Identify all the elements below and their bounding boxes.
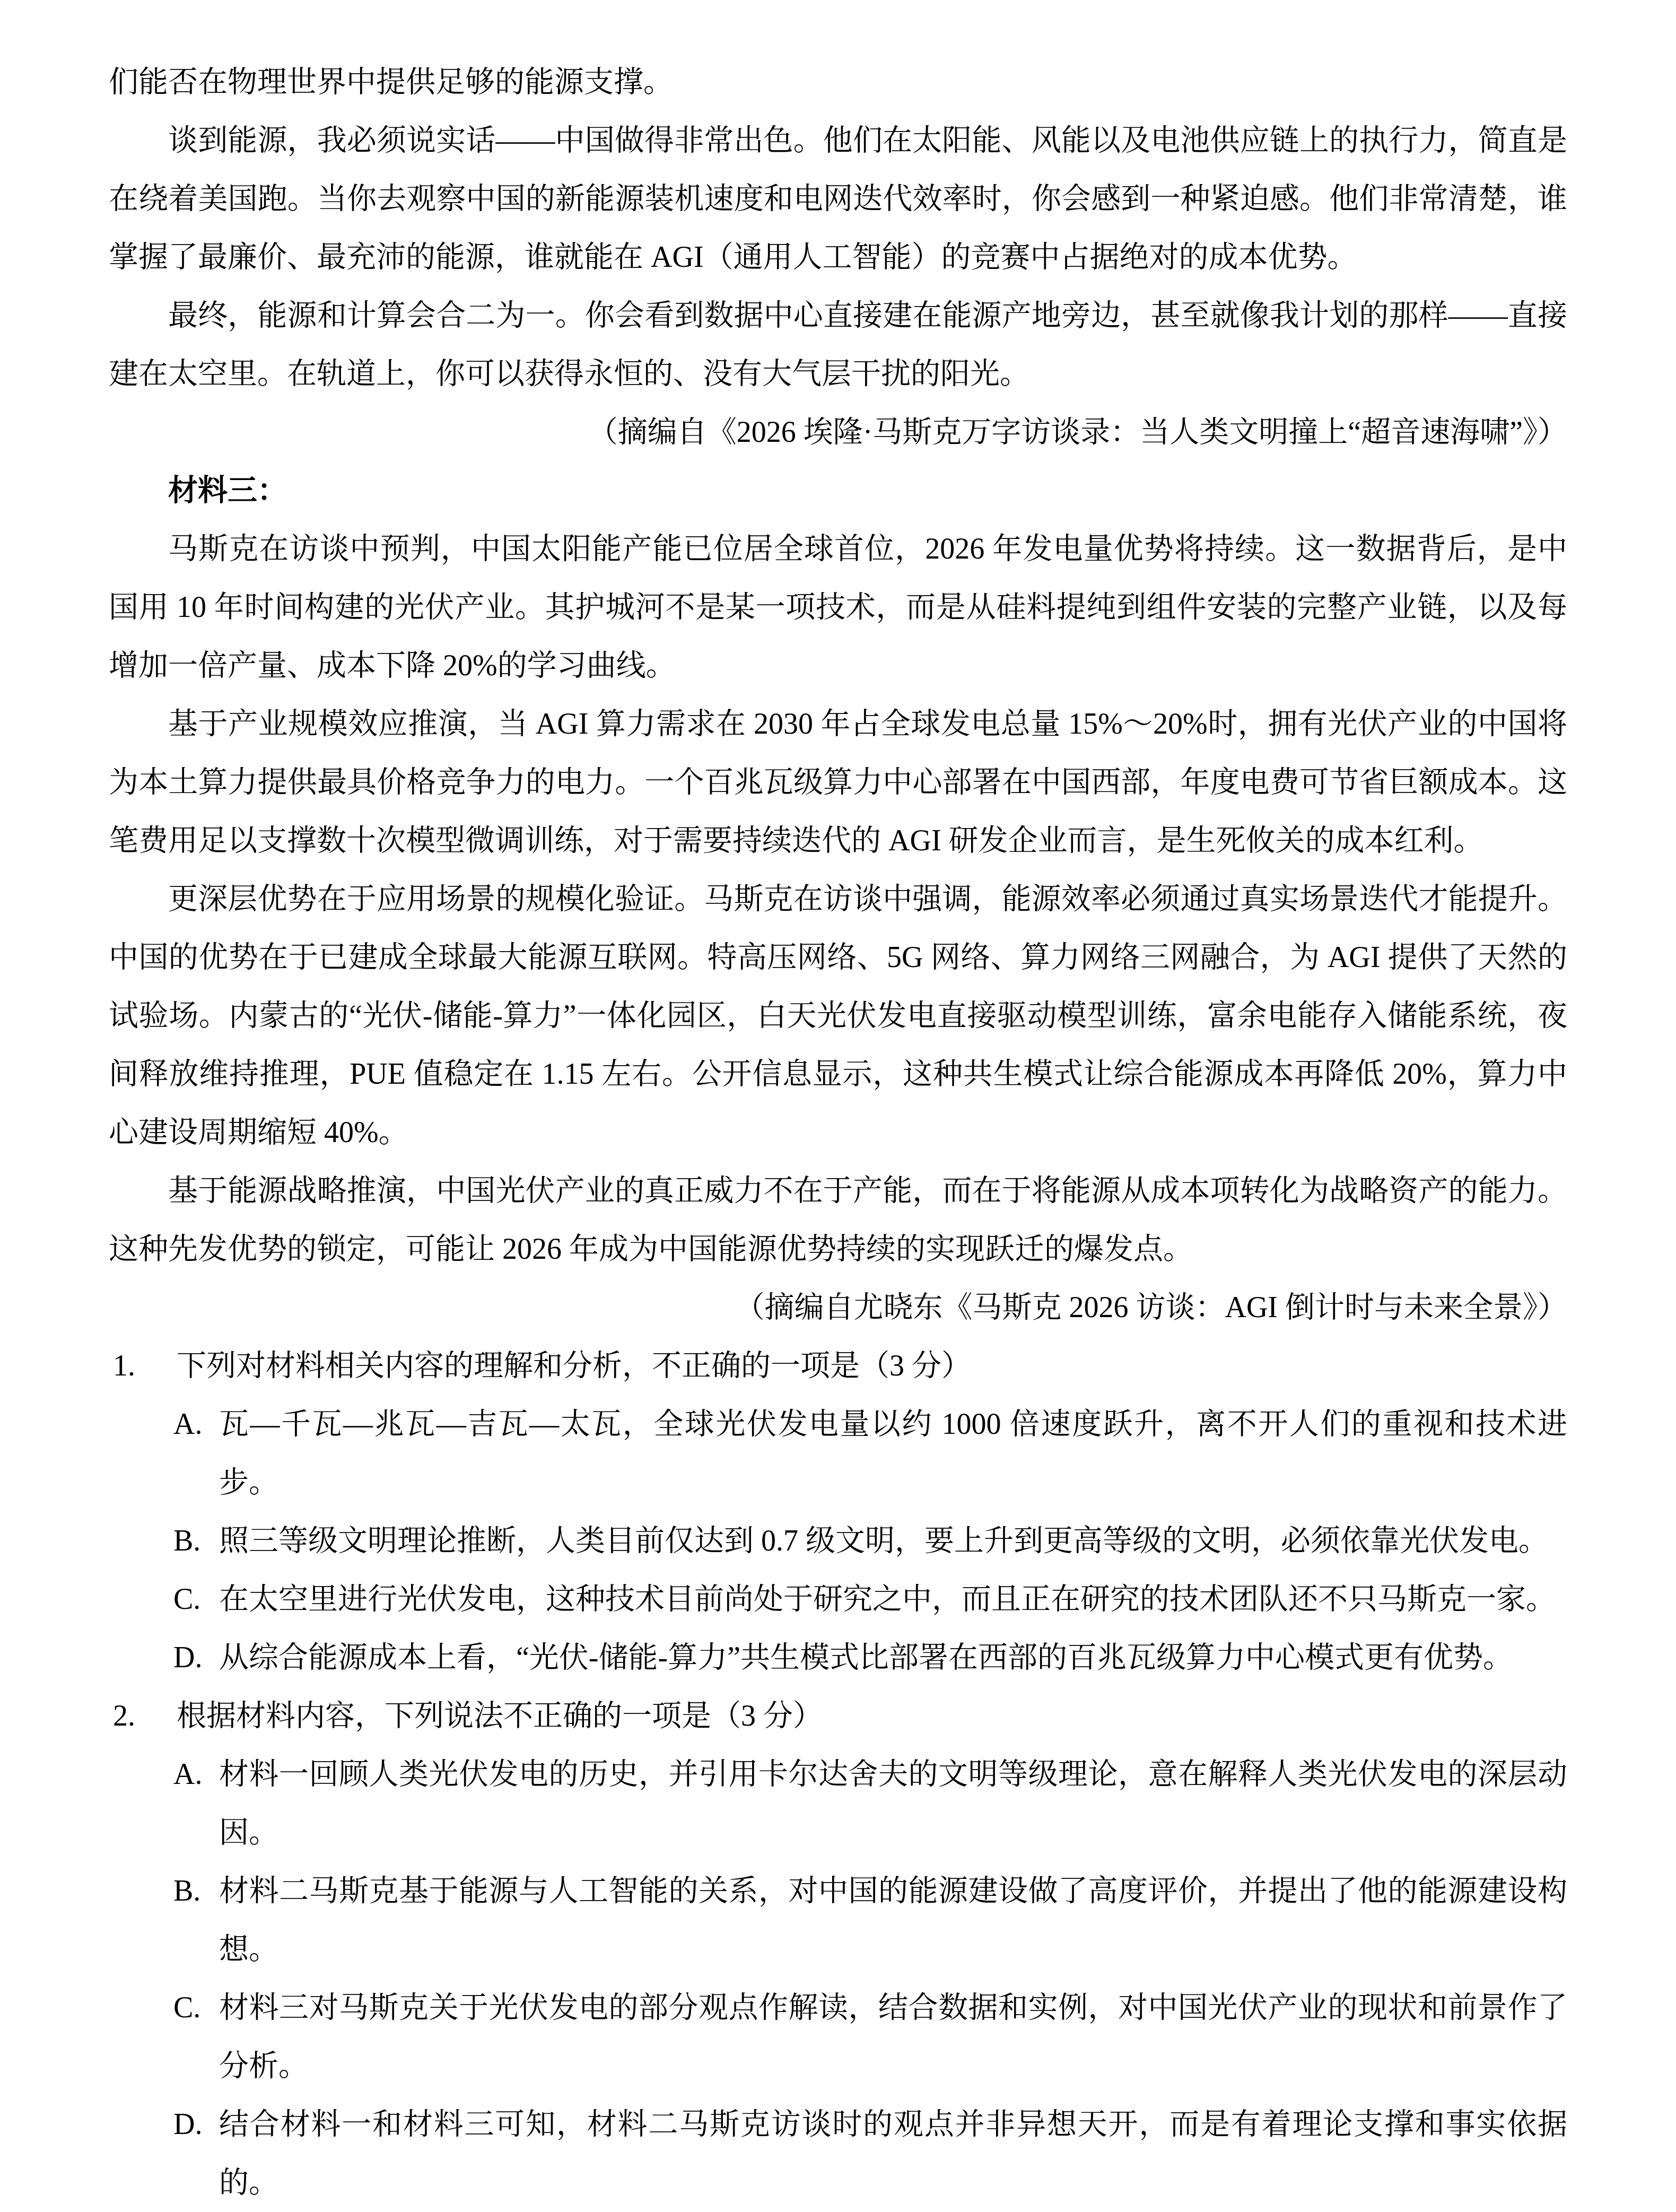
option-letter: B. — [173, 1862, 219, 1979]
body-paragraph: 马斯克在访谈中预判，中国太阳能产能已位居全球首位，2026 年发电量优势将持续。… — [109, 520, 1567, 695]
body-paragraph: 基于产业规模效应推演，当 AGI 算力需求在 2030 年占全球发电总量 15%… — [109, 695, 1567, 870]
option-letter: B. — [173, 1512, 219, 1570]
document-blocks: 们能否在物理世界中提供足够的能源支撑。谈到能源，我必须说实话——中国做得非常出色… — [109, 53, 1567, 2212]
material-heading: 材料三： — [109, 461, 1567, 520]
question-number: 1. — [113, 1337, 177, 1395]
question-text: 下列对材料相关内容的理解和分析，不正确的一项是（3 分） — [177, 1337, 1567, 1395]
option-row: B.照三等级文明理论推断，人类目前仅达到 0.7 级文明，要上升到更高等级的文明… — [173, 1512, 1567, 1570]
body-paragraph: 基于能源战略推演，中国光伏产业的真正威力不在于产能，而在于将能源从成本项转化为战… — [109, 1162, 1567, 1278]
option-row: D.结合材料一和材料三可知，材料二马斯克访谈时的观点并非异想天开，而是有着理论支… — [173, 2095, 1567, 2212]
source-attribution: （摘编自《2026 埃隆·马斯克万字访谈录：当人类文明撞上“超音速海啸”》） — [109, 403, 1567, 461]
body-paragraph: 们能否在物理世界中提供足够的能源支撑。 — [109, 53, 1567, 111]
body-paragraph: 更深层优势在于应用场景的规模化验证。马斯克在访谈中强调，能源效率必须通过真实场景… — [109, 870, 1567, 1162]
option-row: A.材料一回顾人类光伏发电的历史，并引用卡尔达舍夫的文明等级理论，意在解释人类光… — [173, 1745, 1567, 1862]
option-text: 照三等级文明理论推断，人类目前仅达到 0.7 级文明，要上升到更高等级的文明，必… — [219, 1512, 1567, 1570]
option-row: A.瓦—千瓦—兆瓦—吉瓦—太瓦，全球光伏发电量以约 1000 倍速度跃升，离不开… — [173, 1395, 1567, 1512]
option-letter: D. — [173, 2095, 219, 2212]
question-row: 2.根据材料内容，下列说法不正确的一项是（3 分） — [113, 1687, 1567, 1745]
option-letter: A. — [173, 1395, 219, 1512]
option-row: C.材料三对马斯克关于光伏发电的部分观点作解读，结合数据和实例，对中国光伏产业的… — [173, 1979, 1567, 2095]
option-text: 材料一回顾人类光伏发电的历史，并引用卡尔达舍夫的文明等级理论，意在解释人类光伏发… — [219, 1745, 1567, 1862]
question-text: 根据材料内容，下列说法不正确的一项是（3 分） — [177, 1687, 1567, 1745]
option-row: C.在太空里进行光伏发电，这种技术目前尚处于研究之中，而且正在研究的技术团队还不… — [173, 1570, 1567, 1628]
option-row: D.从综合能源成本上看，“光伏-储能-算力”共生模式比部署在西部的百兆瓦级算力中… — [173, 1628, 1567, 1687]
body-paragraph: 谈到能源，我必须说实话——中国做得非常出色。他们在太阳能、风能以及电池供应链上的… — [109, 111, 1567, 286]
source-attribution: （摘编自尤晓东《马斯克 2026 访谈：AGI 倒计时与未来全景》） — [109, 1278, 1567, 1337]
option-letter: D. — [173, 1628, 219, 1687]
option-text: 从综合能源成本上看，“光伏-储能-算力”共生模式比部署在西部的百兆瓦级算力中心模… — [219, 1628, 1567, 1687]
option-text: 材料三对马斯克关于光伏发电的部分观点作解读，结合数据和实例，对中国光伏产业的现状… — [219, 1979, 1567, 2095]
question-row: 1.下列对材料相关内容的理解和分析，不正确的一项是（3 分） — [113, 1337, 1567, 1395]
option-row: B.材料二马斯克基于能源与人工智能的关系，对中国的能源建设做了高度评价，并提出了… — [173, 1862, 1567, 1979]
option-letter: A. — [173, 1745, 219, 1862]
option-text: 材料二马斯克基于能源与人工智能的关系，对中国的能源建设做了高度评价，并提出了他的… — [219, 1862, 1567, 1979]
question-number: 2. — [113, 1687, 177, 1745]
option-text: 结合材料一和材料三可知，材料二马斯克访谈时的观点并非异想天开，而是有着理论支撑和… — [219, 2095, 1567, 2212]
body-paragraph: 最终，能源和计算会合二为一。你会看到数据中心直接建在能源产地旁边，甚至就像我计划… — [109, 286, 1567, 403]
document-page: 们能否在物理世界中提供足够的能源支撑。谈到能源，我必须说实话——中国做得非常出色… — [0, 0, 1676, 2146]
option-letter: C. — [173, 1979, 219, 2095]
option-text: 在太空里进行光伏发电，这种技术目前尚处于研究之中，而且正在研究的技术团队还不只马… — [219, 1570, 1567, 1628]
option-letter: C. — [173, 1570, 219, 1628]
option-text: 瓦—千瓦—兆瓦—吉瓦—太瓦，全球光伏发电量以约 1000 倍速度跃升，离不开人们… — [219, 1395, 1567, 1512]
